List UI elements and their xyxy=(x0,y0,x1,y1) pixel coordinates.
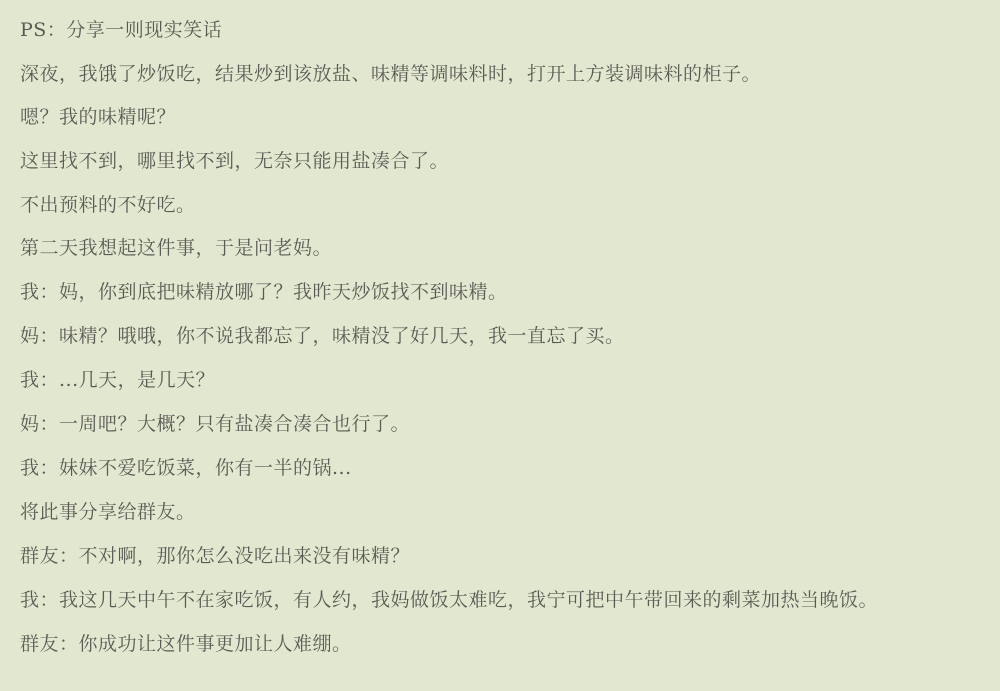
paragraph-ps-title: PS：分享一则现实笑话 xyxy=(20,18,222,42)
paragraph: 我：我这几天中午不在家吃饭，有人约，我妈做饭太难吃，我宁可把中午带回来的剩菜加热… xyxy=(20,588,878,612)
paragraph: 第二天我想起这件事，于是问老妈。 xyxy=(20,236,332,260)
paragraph: 嗯？我的味精呢？ xyxy=(20,105,176,129)
paragraph: 这里找不到，哪里找不到，无奈只能用盐凑合了。 xyxy=(20,149,449,173)
paragraph: 不出预料的不好吃。 xyxy=(20,193,196,217)
paragraph: 妈：味精？哦哦，你不说我都忘了，味精没了好几天，我一直忘了买。 xyxy=(20,324,625,348)
paragraph: 群友：不对啊，那你怎么没吃出来没有味精？ xyxy=(20,544,410,568)
paragraph: 妈：一周吧？大概？只有盐凑合凑合也行了。 xyxy=(20,412,410,436)
document-page: PS：分享一则现实笑话 深夜，我饿了炒饭吃，结果炒到该放盐、味精等调味料时，打开… xyxy=(0,0,1000,691)
paragraph: 将此事分享给群友。 xyxy=(20,500,196,524)
paragraph: 深夜，我饿了炒饭吃，结果炒到该放盐、味精等调味料时，打开上方装调味料的柜子。 xyxy=(20,62,761,86)
paragraph: 我：妹妹不爱吃饭菜，你有一半的锅... xyxy=(20,456,352,480)
paragraph: 我：妈，你到底把味精放哪了？我昨天炒饭找不到味精。 xyxy=(20,280,508,304)
paragraph: 我：...几天，是几天？ xyxy=(20,368,215,392)
paragraph: 群友：你成功让这件事更加让人难绷。 xyxy=(20,632,352,656)
